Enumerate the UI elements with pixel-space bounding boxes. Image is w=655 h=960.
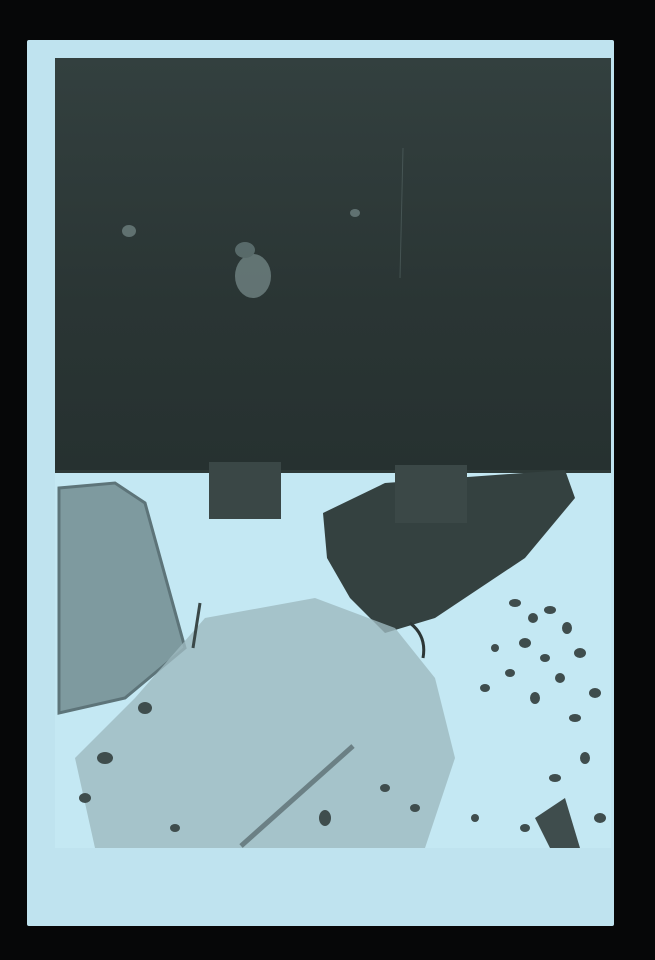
right-support <box>395 465 467 523</box>
slide-mount <box>27 40 614 926</box>
beam-stains <box>122 148 403 298</box>
photograph <box>55 58 611 848</box>
left-support <box>209 462 281 519</box>
debris-scene <box>55 58 611 848</box>
